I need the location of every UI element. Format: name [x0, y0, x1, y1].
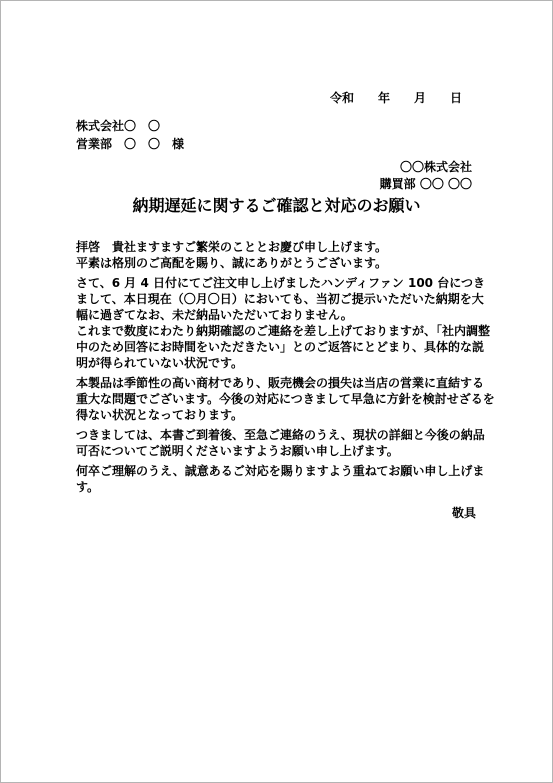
recipient-block: 株式会社〇 〇 営業部 〇 〇 様: [1, 117, 552, 153]
recipient-person: 営業部 〇 〇 様: [76, 135, 552, 153]
letter-body: 拝啓 貴社ますますご繁栄のこととお慶び申し上げます。 平素は格別のご高配を賜り、…: [1, 239, 552, 495]
letter-title: 納期遅延に関するご確認と対応のお願い: [1, 195, 552, 217]
paragraph-greeting: 拝啓 貴社ますますご繁栄のこととお慶び申し上げます。 平素は格別のご高配を賜り、…: [76, 239, 495, 271]
sender-company: 〇〇株式会社: [1, 159, 472, 176]
closing-word: 敬具: [1, 505, 552, 522]
sender-block: 〇〇株式会社 購買部 〇〇 〇〇: [1, 159, 552, 193]
paragraph-business-impact: 本製品は季節性の高い商材であり、販売機会の損失は当店の営業に直結する重大な問題で…: [76, 375, 495, 423]
recipient-company: 株式会社〇 〇: [76, 117, 552, 135]
letter-page: 令和 年 月 日 株式会社〇 〇 営業部 〇 〇 様 〇〇株式会社 購買部 〇〇…: [0, 0, 553, 783]
date-line: 令和 年 月 日: [1, 90, 552, 107]
paragraph-final-appeal: 何卒ご理解のうえ、誠意あるご対応を賜りますよう重ねてお願い申し上げます。: [76, 463, 495, 495]
paragraph-delay-issue: さて、6 月 4 日付にてご注文申し上げましたハンディファン 100 台につきま…: [76, 275, 495, 371]
sender-person: 購買部 〇〇 〇〇: [1, 176, 472, 193]
paragraph-request: つきましては、本書ご到着後、至急ご連絡のうえ、現状の詳細と今後の納品可否について…: [76, 427, 495, 459]
